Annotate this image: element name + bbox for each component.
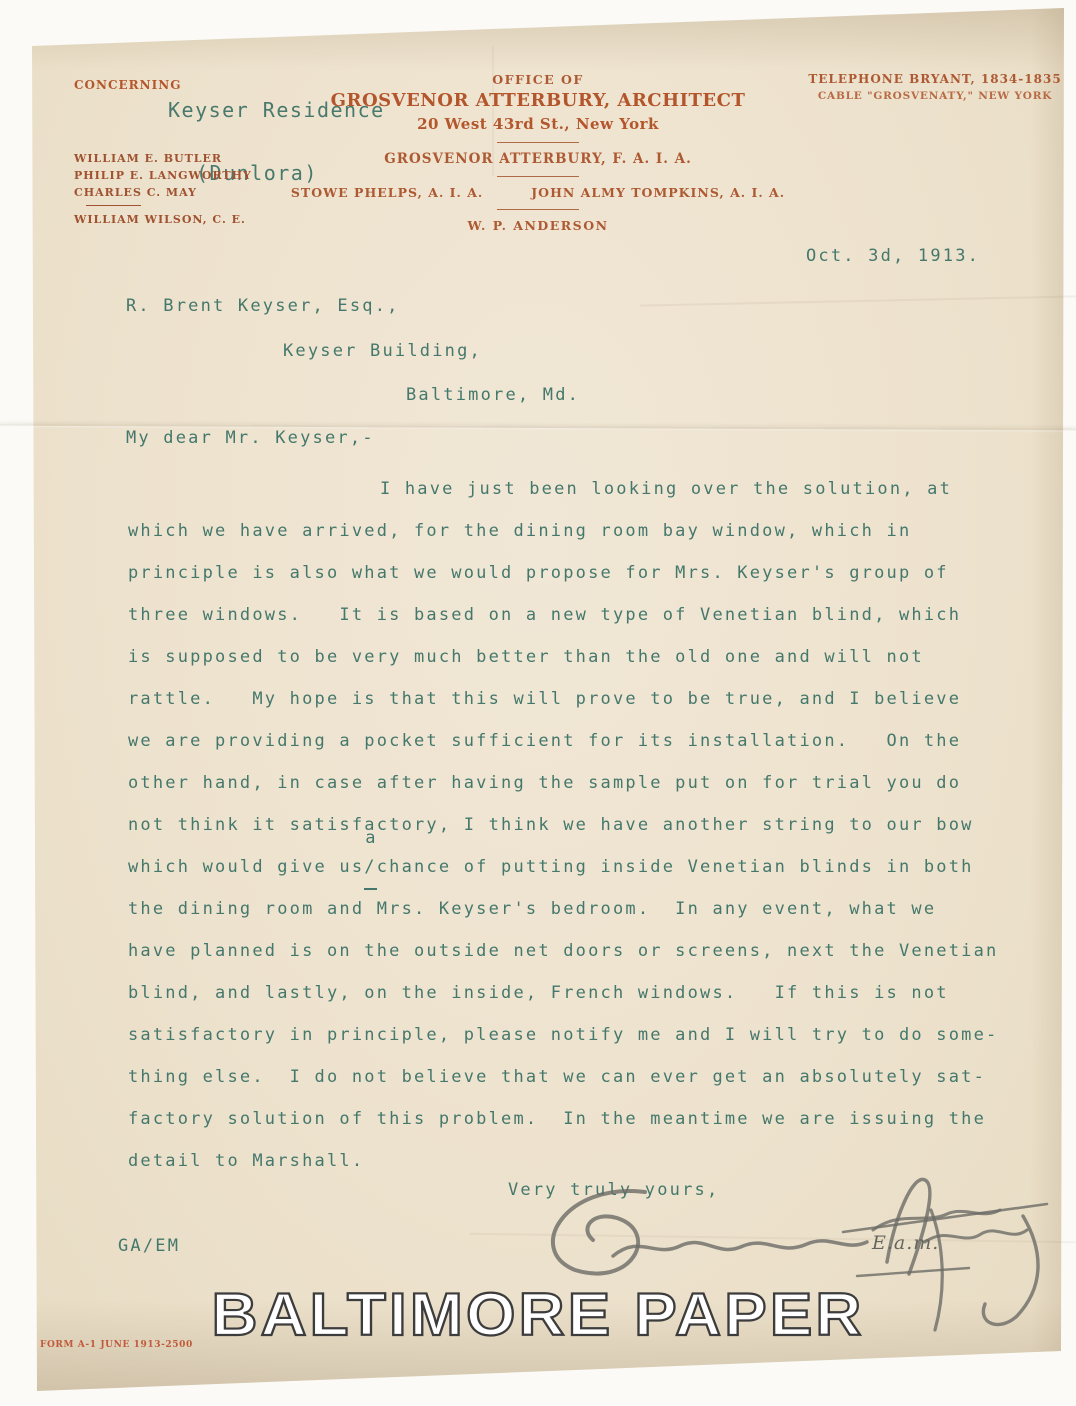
staff-name: WILLIAM E. BUTLER bbox=[74, 150, 252, 167]
associate-name: W. P. ANDERSON bbox=[318, 218, 758, 233]
principal-name: GROSVENOR ATTERBURY, F. A. I. A. bbox=[318, 151, 758, 167]
letterhead-rule bbox=[497, 142, 579, 143]
firm-address: 20 West 43rd St., New York bbox=[318, 115, 758, 133]
associate-name: JOHN ALMY TOMPKINS, A. I. A. bbox=[531, 185, 785, 200]
salutation: My dear Mr. Keyser,- bbox=[126, 428, 375, 448]
associates-row: STOWE PHELPS, A. I. A. JOHN ALMY TOMPKIN… bbox=[318, 185, 758, 200]
letter-body: I have just been looking over the soluti… bbox=[128, 468, 1028, 1182]
staff-rule bbox=[86, 205, 141, 206]
letter-body-line: blind, and lastly, on the inside, French… bbox=[128, 972, 1028, 1014]
letter-body-line: rattle. My hope is that this will prove … bbox=[128, 678, 1028, 720]
letter-body-line: we are providing a pocket sufficient for… bbox=[128, 720, 1028, 762]
staff-name: WILLIAM WILSON, C. E. bbox=[74, 211, 252, 228]
letter-body-line: not think it satisfactory, I think we ha… bbox=[128, 804, 1028, 846]
form-number: FORM A-1 JUNE 1913-2500 bbox=[40, 1340, 193, 1350]
letter-body-line: is supposed to be very much better than … bbox=[128, 636, 1028, 678]
secretary-initials: E.a.m. bbox=[872, 1232, 939, 1254]
letter-body-line: I have just been looking over the soluti… bbox=[128, 468, 1028, 510]
letter-body-line: principle is also what we would propose … bbox=[128, 552, 1028, 594]
concerning-label: CONCERNING bbox=[74, 78, 181, 92]
office-of-label: OFFICE OF bbox=[318, 72, 758, 87]
letterhead-rule bbox=[497, 176, 579, 177]
letter-body-line: the dining room and Mrs. Keyser's bedroo… bbox=[128, 888, 1028, 930]
letterhead-right: TELEPHONE BRYANT, 1834-1835 CABLE "GROSV… bbox=[800, 72, 1070, 102]
recipient-name: R. Brent Keyser, Esq., bbox=[126, 296, 400, 316]
letter-body-line: which would give usa/chance of putting i… bbox=[128, 846, 1028, 888]
letter-body-line: have planned is on the outside net doors… bbox=[128, 930, 1028, 972]
letterhead-staff: WILLIAM E. BUTLER PHILIP E. LANGWORTHY C… bbox=[74, 150, 252, 228]
letter-body-line: three windows. It is based on a new type… bbox=[128, 594, 1028, 636]
watermark-text: BALTIMORE PAPER bbox=[211, 1280, 864, 1349]
recipient-address: Keyser Building, bbox=[283, 341, 482, 361]
scanned-letter: CONCERNING Keyser Residence (Dunlora) OF… bbox=[0, 0, 1076, 1406]
letterhead-rule bbox=[497, 209, 579, 210]
firm-name: GROSVENOR ATTERBURY, ARCHITECT bbox=[318, 90, 758, 111]
letter-date: Oct. 3d, 1913. bbox=[806, 246, 980, 266]
staff-name: PHILIP E. LANGWORTHY bbox=[74, 167, 252, 184]
telephone-line: TELEPHONE BRYANT, 1834-1835 bbox=[800, 72, 1070, 86]
letter-body-line: factory solution of this problem. In the… bbox=[128, 1098, 1028, 1140]
staff-name: CHARLES C. MAY bbox=[74, 184, 252, 201]
letter-body-line: satisfactory in principle, please notify… bbox=[128, 1014, 1028, 1056]
typed-insertion: a/ bbox=[364, 846, 376, 890]
letter-body-line: other hand, in case after having the sam… bbox=[128, 762, 1028, 804]
recipient-city: Baltimore, Md. bbox=[406, 385, 580, 405]
letterhead-center: OFFICE OF GROSVENOR ATTERBURY, ARCHITECT… bbox=[318, 72, 758, 233]
associate-name: STOWE PHELPS, A. I. A. bbox=[291, 185, 483, 200]
letter-body-line: which we have arrived, for the dining ro… bbox=[128, 510, 1028, 552]
letter-body-line: thing else. I do not believe that we can… bbox=[128, 1056, 1028, 1098]
cable-line: CABLE "GROSVENATY," NEW YORK bbox=[800, 90, 1070, 102]
typist-initials: GA/EM bbox=[118, 1236, 180, 1256]
